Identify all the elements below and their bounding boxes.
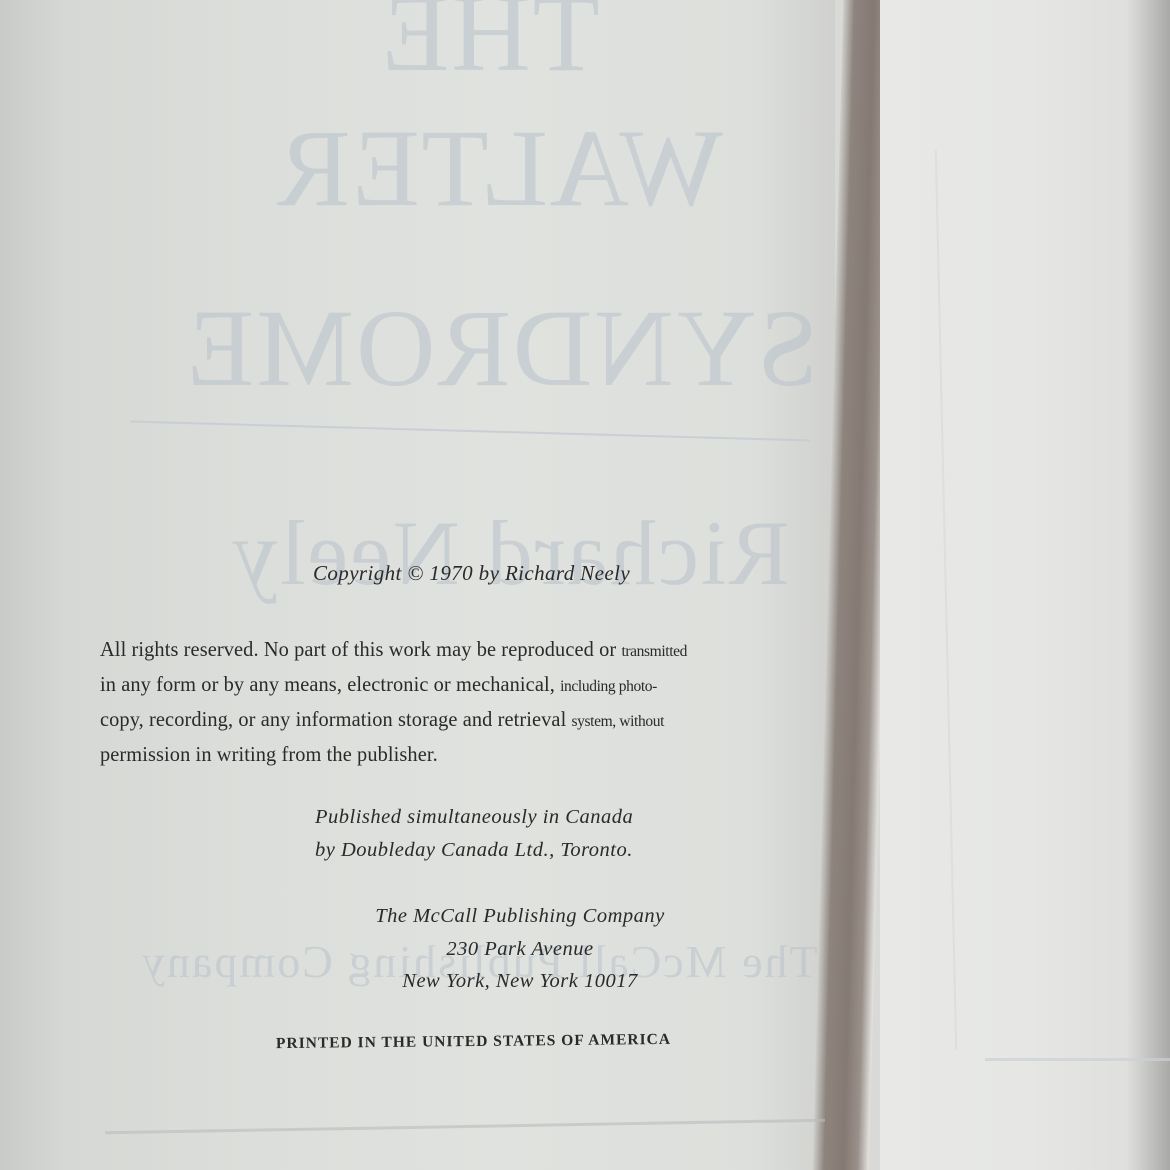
publisher-address-block: The McCall Publishing Company 230 Park A… bbox=[350, 900, 690, 998]
publisher-city: New York, New York 10017 bbox=[350, 965, 690, 998]
show-through-title-line-2: WALTER bbox=[275, 105, 723, 232]
right-page bbox=[880, 0, 1170, 1170]
publisher-street: 230 Park Avenue bbox=[350, 933, 690, 966]
published-line-2: by Doubleday Canada Ltd., Toronto. bbox=[315, 834, 633, 867]
show-through-title-line-3: SYNDROME bbox=[185, 285, 818, 412]
copyright-line: Copyright © 1970 by Richard Neely bbox=[313, 561, 630, 586]
rights-line-4: permission in writing from the publisher… bbox=[100, 738, 687, 773]
published-canada-block: Published simultaneously in Canada by Do… bbox=[315, 801, 633, 867]
rights-line-1: All rights reserved. No part of this wor… bbox=[100, 633, 687, 668]
published-line-1: Published simultaneously in Canada bbox=[315, 801, 633, 834]
publisher-name: The McCall Publishing Company bbox=[350, 900, 690, 933]
right-page-base-line bbox=[985, 1058, 1170, 1061]
rights-line-3: copy, recording, or any information stor… bbox=[100, 703, 687, 738]
show-through-title-line-1: THE bbox=[380, 0, 600, 97]
rights-paragraph: All rights reserved. No part of this wor… bbox=[100, 633, 687, 773]
rights-line-2: in any form or by any means, electronic … bbox=[100, 668, 687, 703]
show-through-author: Richard Neely bbox=[230, 500, 790, 606]
